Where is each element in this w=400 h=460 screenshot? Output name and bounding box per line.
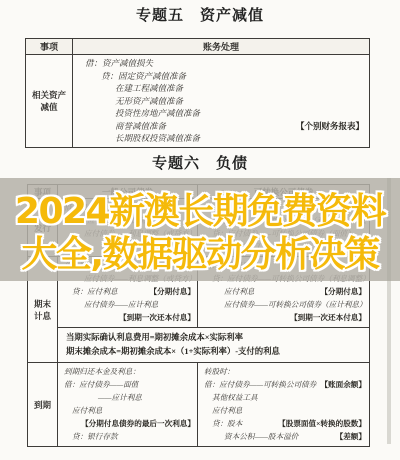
entry-line: 【分期付息债券的最后一次利息】 (58, 417, 195, 430)
entry-line: 到期归还本金及利息： (58, 365, 195, 378)
bracket-tag: 【股票面值×转换的股数】 (274, 417, 366, 430)
topic5-row-label: 相关资产减值 (26, 55, 73, 147)
entry-line: 无形资产减值准备 (77, 95, 364, 108)
bracket-tag: 【分期付息】 (316, 285, 366, 298)
topic6-title: 专题六 负债 (0, 152, 400, 173)
formula-line: 当期实际确认利息费用=期初摊余成本×实际利率 (66, 331, 365, 345)
entry-line: 贷：股本【股票面值×转换的股数】 (198, 417, 366, 430)
maturity-general-cell: 到期归还本金及利息： 借：应付债券——面值 ——应计利息 应付利息 【分期付息债… (58, 363, 198, 446)
topic5-title: 专题五 资产减值 (0, 4, 400, 25)
entry-line: 其他权益工具 (198, 391, 366, 404)
entry-line: 【到期一次还本付息】 (58, 311, 195, 324)
entry-line: 借：应付债券——可转换公司债券【账面余额】 (198, 378, 366, 391)
entry-line: 应付债券——应计利息 (58, 298, 195, 311)
topic5-table: 事项 账务处理 相关资产减值 借：资产减值损失 贷：固定资产减值准备 在建工程减… (25, 38, 370, 148)
entry-line: 在建工程减值准备 (77, 82, 364, 95)
formula-line: 期末摊余成本=期初摊余成本×（1+实际利率）-支付的利息 (66, 345, 365, 359)
entry-line: 转股时： (198, 365, 366, 378)
entry-line: ——应计利息 (58, 391, 195, 404)
entry-line: 【到期一次还本付息】 (198, 311, 366, 324)
entry-line: 应付利息 (198, 404, 366, 417)
topic5-table-header: 事项 账务处理 (26, 39, 369, 55)
entry-line: 资本公积——股本溢价【差额】 (198, 430, 366, 443)
bracket-tag: 【个别财务报表】 (292, 120, 364, 133)
entry-line: 借：资产减值损失 (77, 57, 364, 70)
entry-line: 应付利息【分期付息】 (198, 285, 366, 298)
maturity-convertible-cell: 转股时： 借：应付债券——可转换公司债券【账面余额】 其他权益工具 应付利息 贷… (198, 363, 369, 446)
bracket-tag: 【分期付息债券的最后一次利息】 (77, 417, 195, 430)
row-maturity-label: 到期 (28, 363, 58, 446)
entry-line: 贷：银行存款 (58, 430, 195, 443)
bracket-tag: 【账面余额】 (316, 378, 366, 391)
topic5-row-content: 借：资产减值损失 贷：固定资产减值准备 在建工程减值准备 无形资产减值准备 投资… (73, 55, 369, 147)
entry-line: 应付利息 (58, 404, 195, 417)
entry-line: 长期股权投资减值准备 (77, 132, 364, 145)
watermark-text-line2: 大全,数据驱动分析决策 (0, 233, 400, 277)
bracket-tag: 【分期付息】 (145, 285, 195, 298)
watermark-text-line1: 2024新澳长期免费资料 (0, 190, 400, 234)
topic5-table-row: 相关资产减值 借：资产减值损失 贷：固定资产减值准备 在建工程减值准备 无形资产… (26, 55, 369, 147)
row-maturity: 到期 到期归还本金及利息： 借：应付债券——面值 ——应计利息 应付利息 【分期… (28, 363, 369, 446)
document-page: 专题五 资产减值 事项 账务处理 相关资产减值 借：资产减值损失 贷：固定资产减… (0, 0, 400, 460)
entry-line: 贷：应付利息【分期付息】 (58, 285, 195, 298)
entry-line: 借：应付债券——面值 (58, 378, 195, 391)
bracket-tag: 【到期一次还本付息】 (286, 311, 366, 324)
bracket-tag: 【到期一次还本付息】 (115, 311, 195, 324)
interest-formula-cell: 当期实际确认利息费用=期初摊余成本×实际利率 期末摊余成本=期初摊余成本×（1+… (58, 327, 369, 362)
entry-line: 商誉减值准备【个别财务报表】 (77, 120, 364, 133)
bracket-tag: 【差额】 (332, 430, 366, 443)
entry-line: 应付债券——可转换公司债券（应计利息） (198, 298, 366, 311)
topic5-header-item: 事项 (26, 39, 73, 54)
entry-line: 贷：固定资产减值准备 (77, 70, 364, 83)
entry-line: 投资性房地产减值准备 (77, 107, 364, 120)
topic5-header-treatment: 账务处理 (73, 39, 369, 54)
